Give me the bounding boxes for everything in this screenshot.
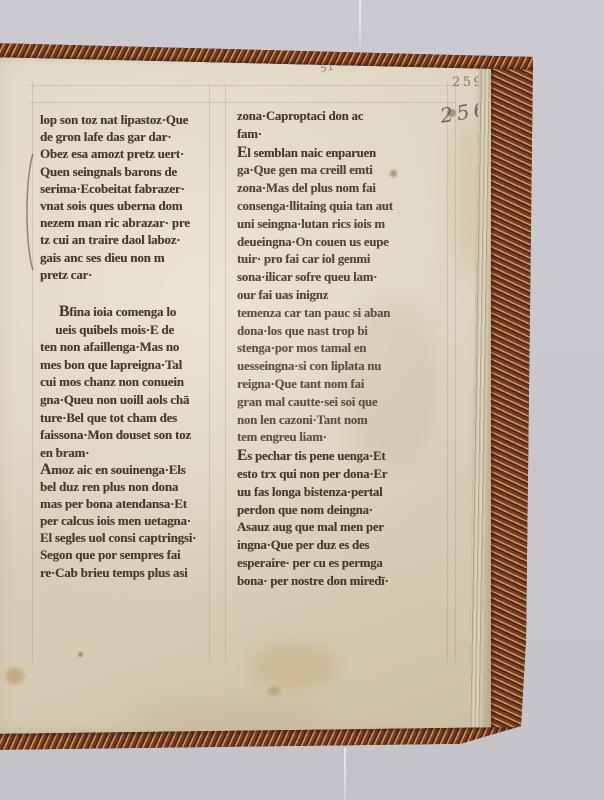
ruling-line-horizontal [28,85,458,86]
manuscript-line: esto trx qui non per dona·Er [237,466,393,484]
manuscript-line: El segles uol consi captringsi· [40,529,196,546]
manuscript-line: Quen seingnals barons de [40,163,190,180]
text-block: Bfina ioia comenga lo ueis quibels mois·… [40,303,191,461]
manuscript-line: non len cazoni·Tant nom [237,412,393,430]
manuscript-line: El semblan naic enparuen [237,144,393,163]
manuscript-line: mes bon que lapreigna·Tal [40,356,191,374]
manuscript-line: stenga·por mos tamal en [237,340,393,358]
manuscript-line: gran mal cautte·sei soi que [237,394,393,412]
manuscript-line: ture·Bel que tot cham des [40,409,191,427]
manuscript-page: lop son toz nat lipastoz·Quede gron lafe… [0,48,494,740]
manuscript-line: tz cui an traire daol laboz· [40,231,190,248]
manuscript-line: uu fas longa bistenza·pertal [237,484,393,502]
margin-bracket-mark [22,152,36,274]
manuscript-line: ingna·Que per duz es des [237,537,393,555]
manuscript-line: Amoz aic en souinenga·Els [40,461,196,478]
binding-fore-edge [491,44,535,746]
manuscript-line: cui mos chanz non conuein [40,373,191,391]
manuscript-line: dona·los que nast trop bi [237,323,393,341]
manuscript-line: deueingna·On couen us eupe [237,234,393,252]
parchment-stain [6,668,24,684]
manuscript-line: fam· [237,126,393,144]
manuscript-line: vnat sois ques uberna dom [40,197,190,214]
parchment-stain [132,698,322,732]
manuscript-line: ten non afaillenga·Mas no [40,338,191,356]
manuscript-line: Es pechar tis pene uenga·Et [237,447,393,466]
manuscript-line: Asauz aug que mal men per [237,519,393,537]
manuscript-line: tuir· pro fai car iol genmi [237,251,393,269]
hanging-thread-bottom [344,748,346,800]
manuscript-line: ueis quibels mois·E de [40,321,191,339]
manuscript-line: our fai uas inignz [237,287,393,305]
ruling-line-vertical [209,82,210,662]
photo-backdrop: lop son toz nat lipastoz·Quede gron lafe… [0,0,604,800]
manuscript-line: esperaire· per cu es permga [237,555,393,573]
manuscript-line: mas per bona atendansa·Et [40,495,196,512]
manuscript-line: uesseingna·si con liplata nu [237,358,393,376]
manuscript-line: Segon que por sempres fai [40,546,196,563]
ruling-line-vertical [447,82,448,662]
manuscript-line: zona·Mas del plus nom fai [237,180,393,198]
text-block: Amoz aic en souinenga·Elsbel duz ren plu… [40,461,196,581]
parchment-stain [268,686,280,696]
bound-manuscript-book: lop son toz nat lipastoz·Quede gron lafe… [0,40,540,756]
parchment-stain [78,652,83,657]
manuscript-line: gna·Queu non uoill aols chā [40,391,191,409]
manuscript-line: reigna·Que tant nom fai [237,376,393,394]
manuscript-line: faissona·Mon douset son toz [40,426,191,444]
manuscript-line: uni seingna·lutan rics iois m [237,216,393,234]
manuscript-line: gais anc ses dieu non m [40,249,190,266]
ruling-line-vertical [225,82,226,662]
manuscript-line: temenza car tan pauc si aban [237,305,393,323]
manuscript-line: pretz car· [40,266,190,283]
text-block: zona·Caproptaci don acfam·El semblan nai… [237,108,393,591]
manuscript-line: bel duz ren plus non dona [40,478,196,495]
manuscript-line: per calcus iois men uetagna· [40,512,196,529]
manuscript-line: nezem man ric abrazar· pre [40,214,190,231]
text-block: lop son toz nat lipastoz·Quede gron lafe… [40,111,190,283]
manuscript-line: serima·Ecobeitat fabrazer· [40,180,190,197]
manuscript-line: Obez esa amozt pretz uert· [40,145,190,162]
manuscript-line: bona· per nostre don miredī· [237,573,393,591]
manuscript-line: ga·Que gen ma creill emti [237,162,393,180]
manuscript-line: Bfina ioia comenga lo [40,303,191,321]
manuscript-line: en bram· [40,444,191,462]
manuscript-line: lop son toz nat lipastoz·Que [40,111,190,128]
manuscript-line: consenga·llitaing quia tan aut [237,198,393,216]
manuscript-line: tem engreu liam· [237,429,393,447]
manuscript-line: de gron lafe das gar dar· [40,128,190,145]
manuscript-line: sona·ilicar sofre queu lam· [237,269,393,287]
manuscript-line: re·Cab brieu temps plus asi [40,564,196,581]
ruling-line-horizontal [28,102,458,103]
manuscript-line: zona·Caproptaci don ac [237,108,393,126]
manuscript-line: perdon que nom deingna· [237,502,393,520]
parchment-stain [250,644,336,688]
hanging-thread-top [359,0,361,46]
